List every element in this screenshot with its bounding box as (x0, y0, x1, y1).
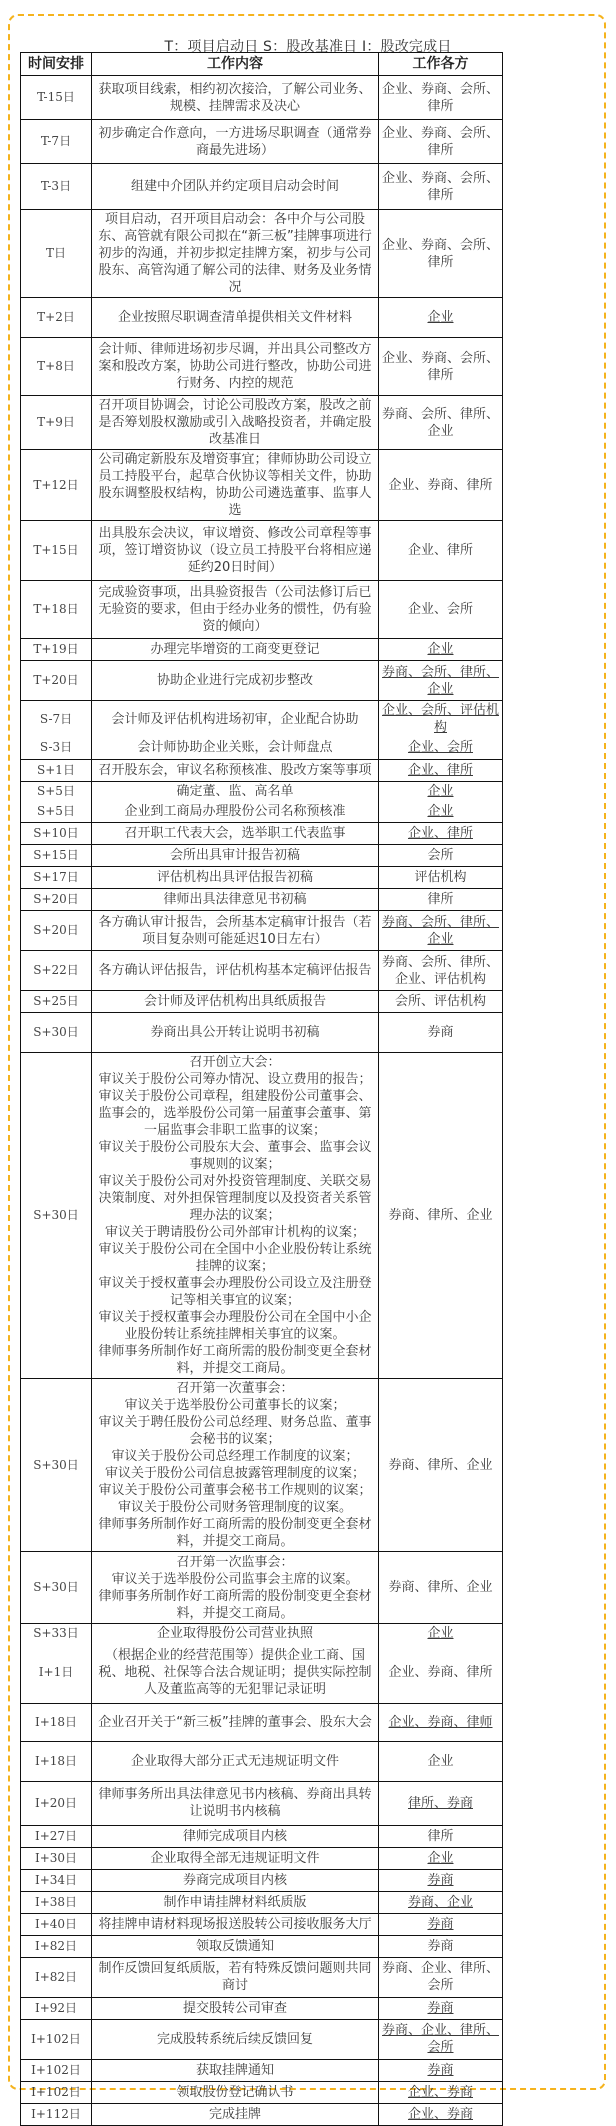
cell-parties: 券商、律所、企业 (379, 1552, 503, 1624)
cell-time: I+18日 (21, 1703, 92, 1741)
table-row: T-7日初步确定合作意向，一方进场尽职调查（通常券商最先进场）企业、券商、会所、… (21, 120, 503, 164)
cell-time: S+30日 (21, 1379, 92, 1552)
parties-text: 券商 (427, 1873, 453, 1888)
cell-parties: 评估机构 (379, 867, 503, 889)
parties-text: 企业、券商 (408, 2085, 473, 2100)
cell-parties: 律所 (379, 1825, 503, 1847)
cell-parties: 企业、律所 (379, 823, 503, 845)
cell-parties: 券商 (379, 1913, 503, 1935)
cell-parties: 企业、律所 (379, 521, 503, 581)
cell-content: 办理完毕增资的工商变更登记 (92, 639, 379, 661)
cell-content: 律师事务所出具法律意见书内核稿、券商出具转让说明书内核稿 (92, 1781, 379, 1825)
cell-content: 组建中介团队并约定项目启动会时间 (92, 164, 379, 210)
cell-content: 召开创立大会： 审议关于股份公司筹办情况、设立费用的报告； 审议关于股份公司章程… (92, 1053, 379, 1379)
cell-content: 提交股转公司审查 (92, 1997, 379, 2019)
cell-content: 确定董、监、高名单 (92, 781, 379, 801)
cell-time: S+25日 (21, 991, 92, 1013)
cell-content: 完成股转系统后续反馈回复 (92, 2019, 379, 2059)
table-row: I+1日（根据企业的经营范围等）提供企业工商、国税、地税、社保等合法合规证明；提… (21, 1643, 503, 1703)
cell-content: 券商完成项目内核 (92, 1869, 379, 1891)
cell-time: I+82日 (21, 1935, 92, 1957)
cell-time: T+9日 (21, 396, 92, 450)
table-row: T+12日公司确定新股东及增资事宜；律师协助公司设立员工持股平台，起草合伙协议等… (21, 450, 503, 521)
cell-content: 领取反馈通知 (92, 1935, 379, 1957)
cell-time: I+92日 (21, 1997, 92, 2019)
table-row: T+18日完成验资事项，出具验资报告（公司法修订后已无验资的要求，但由于经办业务… (21, 581, 503, 639)
table-row: I+102日获取挂牌通知券商 (21, 2059, 503, 2081)
table-row: S+30日券商出具公开转让说明书初稿券商 (21, 1013, 503, 1053)
cell-time: T日 (21, 210, 92, 298)
cell-time: S-3日 (21, 737, 92, 759)
table-row: I+30日企业取得全部无违规证明文件企业 (21, 1847, 503, 1869)
table-row: I+18日企业取得大部分正式无违规证明文件企业 (21, 1741, 503, 1781)
cell-content: 初步确定合作意向，一方进场尽职调查（通常券商最先进场） (92, 120, 379, 164)
cell-time: I+112日 (21, 2103, 92, 2125)
parties-text: 企业 (427, 642, 453, 657)
cell-content: 会所出具审计报告初稿 (92, 845, 379, 867)
table-row: I+82日制作反馈回复纸质版，若有特殊反馈问题则共同商讨券商、企业、律所、会所 (21, 1957, 503, 1997)
header-parties: 工作各方 (379, 53, 503, 76)
cell-content: 完成验资事项，出具验资报告（公司法修订后已无验资的要求，但由于经办业务的惯性，仍… (92, 581, 379, 639)
cell-time: I+34日 (21, 1869, 92, 1891)
cell-parties: 企业、券商 (379, 2103, 503, 2125)
cell-parties: 券商 (379, 2059, 503, 2081)
cell-time: T-15日 (21, 76, 92, 120)
cell-content: 获取挂牌通知 (92, 2059, 379, 2081)
table-row: S+5日企业到工商局办理股份公司名称预核准企业 (21, 801, 503, 823)
cell-time: T+2日 (21, 298, 92, 338)
cell-parties: 会所、评估机构 (379, 991, 503, 1013)
table-row: T+19日办理完毕增资的工商变更登记企业 (21, 639, 503, 661)
cell-parties: 券商 (379, 1013, 503, 1053)
cell-time: S+17日 (21, 867, 92, 889)
cell-content: 券商出具公开转让说明书初稿 (92, 1013, 379, 1053)
table-row: S+1日召开股东会，审议名称预核准、股改方案等事项企业、律所 (21, 759, 503, 781)
cell-content: 企业取得股份公司营业执照 (92, 1624, 379, 1644)
cell-parties: 企业、会所 (379, 737, 503, 759)
cell-parties: 券商、企业、律所、会所 (379, 2019, 503, 2059)
cell-time: T+15日 (21, 521, 92, 581)
parties-text: 券商 (427, 2063, 453, 2078)
cell-time: S-7日 (21, 701, 92, 738)
cell-content: 召开第一次董事会： 审议关于选举股份公司董事长的议案； 审议关于聘任股份公司总经… (92, 1379, 379, 1552)
cell-parties: 企业 (379, 1741, 503, 1781)
table-row: S+25日会计师及评估机构出具纸质报告会所、评估机构 (21, 991, 503, 1013)
table-row: S+30日召开创立大会： 审议关于股份公司筹办情况、设立费用的报告； 审议关于股… (21, 1053, 503, 1379)
cell-parties: 券商、会所、律所、企业 (379, 911, 503, 951)
cell-time: I+18日 (21, 1741, 92, 1781)
cell-parties: 律所 (379, 889, 503, 911)
cell-time: S+30日 (21, 1053, 92, 1379)
parties-text: 券商 (427, 2001, 453, 2016)
cell-content: 制作申请挂牌材料纸质版 (92, 1891, 379, 1913)
cell-time: T+12日 (21, 450, 92, 521)
cell-time: T+8日 (21, 338, 92, 396)
cell-parties: 企业 (379, 801, 503, 823)
cell-time: I+1日 (21, 1643, 92, 1703)
parties-text: 企业、会所 (408, 740, 473, 755)
cell-time: I+30日 (21, 1847, 92, 1869)
cell-content: （根据企业的经营范围等）提供企业工商、国税、地税、社保等合法合规证明；提供实际控… (92, 1643, 379, 1703)
table-row: S+33日企业取得股份公司营业执照企业 (21, 1624, 503, 1644)
cell-parties: 券商、律所、企业 (379, 1053, 503, 1379)
cell-time: S+30日 (21, 1013, 92, 1053)
cell-parties: 券商、律所、企业 (379, 1379, 503, 1552)
cell-time: I+40日 (21, 1913, 92, 1935)
table-row: S+30日召开第一次监事会： 审议关于选举股份公司监事会主席的议案。 律师事务所… (21, 1552, 503, 1624)
cell-parties: 企业 (379, 781, 503, 801)
cell-time: I+20日 (21, 1781, 92, 1825)
parties-text: 企业 (427, 310, 453, 325)
cell-parties: 企业 (379, 639, 503, 661)
cell-time: T+20日 (21, 661, 92, 701)
table-row: T日项目启动，召开项目启动会：各中介与公司股东、高管就有限公司拟在“新三板”挂牌… (21, 210, 503, 298)
parties-text: 律所、券商 (408, 1796, 473, 1811)
cell-parties: 券商、企业 (379, 1891, 503, 1913)
table-row: I+34日券商完成项目内核券商 (21, 1869, 503, 1891)
cell-parties: 券商、会所、律所、企业、评估机构 (379, 951, 503, 991)
parties-text: 券商、企业 (408, 1895, 473, 1910)
cell-content: 会计师、律师进场初步尽调，并出具公司整改方案和股改方案，协助公司进行整改，协助公… (92, 338, 379, 396)
cell-content: 会计师协助企业关账，会计师盘点 (92, 737, 379, 759)
cell-time: S+22日 (21, 951, 92, 991)
parties-text: 企业 (427, 1851, 453, 1866)
cell-content: 企业取得全部无违规证明文件 (92, 1847, 379, 1869)
cell-parties: 企业、律所 (379, 759, 503, 781)
parties-text: 券商、会所、律所、企业 (382, 665, 499, 697)
cell-content: 会计师及评估机构进场初审，企业配合协助 (92, 701, 379, 738)
cell-content: 项目启动，召开项目启动会：各中介与公司股东、高管就有限公司拟在“新三板”挂牌事项… (92, 210, 379, 298)
table-body: T-15日获取项目线索，相约初次接洽，了解公司业务、规模、挂牌需求及决心企业、券… (21, 76, 503, 2126)
cell-parties: 会所 (379, 845, 503, 867)
cell-content: 公司确定新股东及增资事宜；律师协助公司设立员工持股平台，起草合伙协议等相关文件，… (92, 450, 379, 521)
cell-content: 企业召开关于“新三板”挂牌的董事会、股东大会 (92, 1703, 379, 1741)
table-row: T+20日协助企业进行完成初步整改券商、会所、律所、企业 (21, 661, 503, 701)
table-row: S+30日召开第一次董事会： 审议关于选举股份公司董事长的议案； 审议关于聘任股… (21, 1379, 503, 1552)
cell-parties: 企业 (379, 1847, 503, 1869)
cell-time: S+15日 (21, 845, 92, 867)
cell-content: 各方确认评估报告，评估机构基本定稿评估报告 (92, 951, 379, 991)
cell-parties: 企业、券商、会所、律所 (379, 210, 503, 298)
cell-parties: 企业 (379, 298, 503, 338)
cell-content: 召开项目协调会，讨论公司股改方案，股改之前是否筹划股权激励或引入战略投资者，并确… (92, 396, 379, 450)
cell-time: S+20日 (21, 889, 92, 911)
cell-parties: 企业、券商、会所、律所 (379, 164, 503, 210)
parties-text: 企业、会所、评估机构 (382, 703, 499, 735)
cell-time: I+27日 (21, 1825, 92, 1847)
cell-content: 企业取得大部分正式无违规证明文件 (92, 1741, 379, 1781)
cell-time: I+102日 (21, 2059, 92, 2081)
table-row: T+8日会计师、律师进场初步尽调，并出具公司整改方案和股改方案，协助公司进行整改… (21, 338, 503, 396)
cell-parties: 券商、会所、律所、企业 (379, 661, 503, 701)
table-row: S+20日各方确认审计报告，会所基本定稿审计报告（若项目复杂则可能延迟10日左右… (21, 911, 503, 951)
cell-parties: 券商、企业、律所、会所 (379, 1957, 503, 1997)
table-row: I+112日完成挂牌企业、券商 (21, 2103, 503, 2125)
cell-time: I+102日 (21, 2019, 92, 2059)
cell-parties: 企业、券商、律师 (379, 1703, 503, 1741)
header-content: 工作内容 (92, 53, 379, 76)
cell-content: 获取项目线索，相约初次接洽，了解公司业务、规模、挂牌需求及决心 (92, 76, 379, 120)
table-row: S-7日会计师及评估机构进场初审，企业配合协助企业、会所、评估机构 (21, 701, 503, 738)
cell-content: 召开第一次监事会： 审议关于选举股份公司监事会主席的议案。 律师事务所制作好工商… (92, 1552, 379, 1624)
cell-content: 律师完成项目内核 (92, 1825, 379, 1847)
cell-parties: 券商 (379, 1935, 503, 1957)
cell-time: S+5日 (21, 801, 92, 823)
cell-time: T+19日 (21, 639, 92, 661)
cell-content: 企业到工商局办理股份公司名称预核准 (92, 801, 379, 823)
cell-content: 将挂牌申请材料现场报送股转公司接收服务大厅 (92, 1913, 379, 1935)
parties-text: 企业、律所 (408, 763, 473, 778)
table-row: I+82日领取反馈通知券商 (21, 1935, 503, 1957)
table-row: I+92日提交股转公司审查券商 (21, 1997, 503, 2019)
table-row: I+27日律师完成项目内核律所 (21, 1825, 503, 1847)
cell-parties: 企业 (379, 1624, 503, 1644)
cell-parties: 企业、会所、评估机构 (379, 701, 503, 738)
parties-text: 企业、券商 (408, 2107, 473, 2122)
table-row: S+17日评估机构出具评估报告初稿评估机构 (21, 867, 503, 889)
parties-text: 券商、企业、律所、会所 (382, 2023, 499, 2055)
cell-parties: 企业、会所 (379, 581, 503, 639)
cell-parties: 企业、券商、律所 (379, 1643, 503, 1703)
table-row: S+10日召开职工代表大会，选举职工代表监事企业、律所 (21, 823, 503, 845)
table-row: S+20日律师出具法律意见书初稿律所 (21, 889, 503, 911)
parties-text: 企业 (427, 1626, 453, 1641)
cell-time: T-3日 (21, 164, 92, 210)
cell-content: 协助企业进行完成初步整改 (92, 661, 379, 701)
header-time: 时间安排 (21, 53, 92, 76)
cell-content: 制作反馈回复纸质版，若有特殊反馈问题则共同商讨 (92, 1957, 379, 1997)
table-row: T+15日出具股东会决议，审议增资、修改公司章程等事项，签订增资协议（设立员工持… (21, 521, 503, 581)
table-row: S+15日会所出具审计报告初稿会所 (21, 845, 503, 867)
cell-parties: 律所、券商 (379, 1781, 503, 1825)
cell-parties: 企业、券商、律所 (379, 450, 503, 521)
cell-content: 会计师及评估机构出具纸质报告 (92, 991, 379, 1013)
parties-text: 企业、律所 (408, 826, 473, 841)
cell-time: S+33日 (21, 1624, 92, 1644)
cell-parties: 企业、券商、会所、律所 (379, 120, 503, 164)
table-row: T-3日组建中介团队并约定项目启动会时间企业、券商、会所、律所 (21, 164, 503, 210)
parties-text: 企业 (427, 804, 453, 819)
table-row: T-15日获取项目线索，相约初次接洽，了解公司业务、规模、挂牌需求及决心企业、券… (21, 76, 503, 120)
cell-content: 各方确认审计报告，会所基本定稿审计报告（若项目复杂则可能延迟10日左右） (92, 911, 379, 951)
cell-time: I+38日 (21, 1891, 92, 1913)
cell-time: S+10日 (21, 823, 92, 845)
cell-time: S+1日 (21, 759, 92, 781)
cell-parties: 券商、会所、律所、企业 (379, 396, 503, 450)
parties-text: 券商、会所、律所、企业 (382, 915, 499, 947)
table-row: T+2日企业按照尽职调查清单提供相关文件材料企业 (21, 298, 503, 338)
cell-time: I+82日 (21, 1957, 92, 1997)
cell-parties: 券商 (379, 1997, 503, 2019)
parties-text: 券商 (427, 1917, 453, 1932)
table-row: I+18日企业召开关于“新三板”挂牌的董事会、股东大会企业、券商、律师 (21, 1703, 503, 1741)
cell-content: 企业按照尽职调查清单提供相关文件材料 (92, 298, 379, 338)
table-header-row: 时间安排 工作内容 工作各方 (21, 53, 503, 76)
table-row: S+22日各方确认评估报告，评估机构基本定稿评估报告券商、会所、律所、企业、评估… (21, 951, 503, 991)
cell-time: T+18日 (21, 581, 92, 639)
table-row: I+20日律师事务所出具法律意见书内核稿、券商出具转让说明书内核稿律所、券商 (21, 1781, 503, 1825)
parties-text: 企业、券商、律师 (388, 1715, 492, 1730)
cell-content: 律师出具法律意见书初稿 (92, 889, 379, 911)
table-row: I+40日将挂牌申请材料现场报送股转公司接收服务大厅券商 (21, 1913, 503, 1935)
cell-content: 完成挂牌 (92, 2103, 379, 2125)
table-row: I+102日完成股转系统后续反馈回复券商、企业、律所、会所 (21, 2019, 503, 2059)
cell-content: 评估机构出具评估报告初稿 (92, 867, 379, 889)
cell-content: 出具股东会决议，审议增资、修改公司章程等事项，签订增资协议（设立员工持股平台将相… (92, 521, 379, 581)
cell-content: 召开职工代表大会，选举职工代表监事 (92, 823, 379, 845)
cell-time: T-7日 (21, 120, 92, 164)
cell-content: 召开股东会，审议名称预核准、股改方案等事项 (92, 759, 379, 781)
table-row: I+38日制作申请挂牌材料纸质版券商、企业 (21, 1891, 503, 1913)
cell-parties: 券商 (379, 1869, 503, 1891)
cell-parties: 企业、券商、会所、律所 (379, 338, 503, 396)
table-row: S+5日确定董、监、高名单企业 (21, 781, 503, 801)
parties-text: 企业 (427, 784, 453, 799)
cell-parties: 企业、券商、会所、律所 (379, 76, 503, 120)
cell-time: S+30日 (21, 1552, 92, 1624)
table-row: S-3日会计师协助企业关账，会计师盘点企业、会所 (21, 737, 503, 759)
table-row: T+9日召开项目协调会，讨论公司股改方案，股改之前是否筹划股权激励或引入战略投资… (21, 396, 503, 450)
cell-time: S+20日 (21, 911, 92, 951)
cell-time: S+5日 (21, 781, 92, 801)
schedule-table: 时间安排 工作内容 工作各方 T-15日获取项目线索，相约初次接洽，了解公司业务… (20, 52, 503, 2126)
